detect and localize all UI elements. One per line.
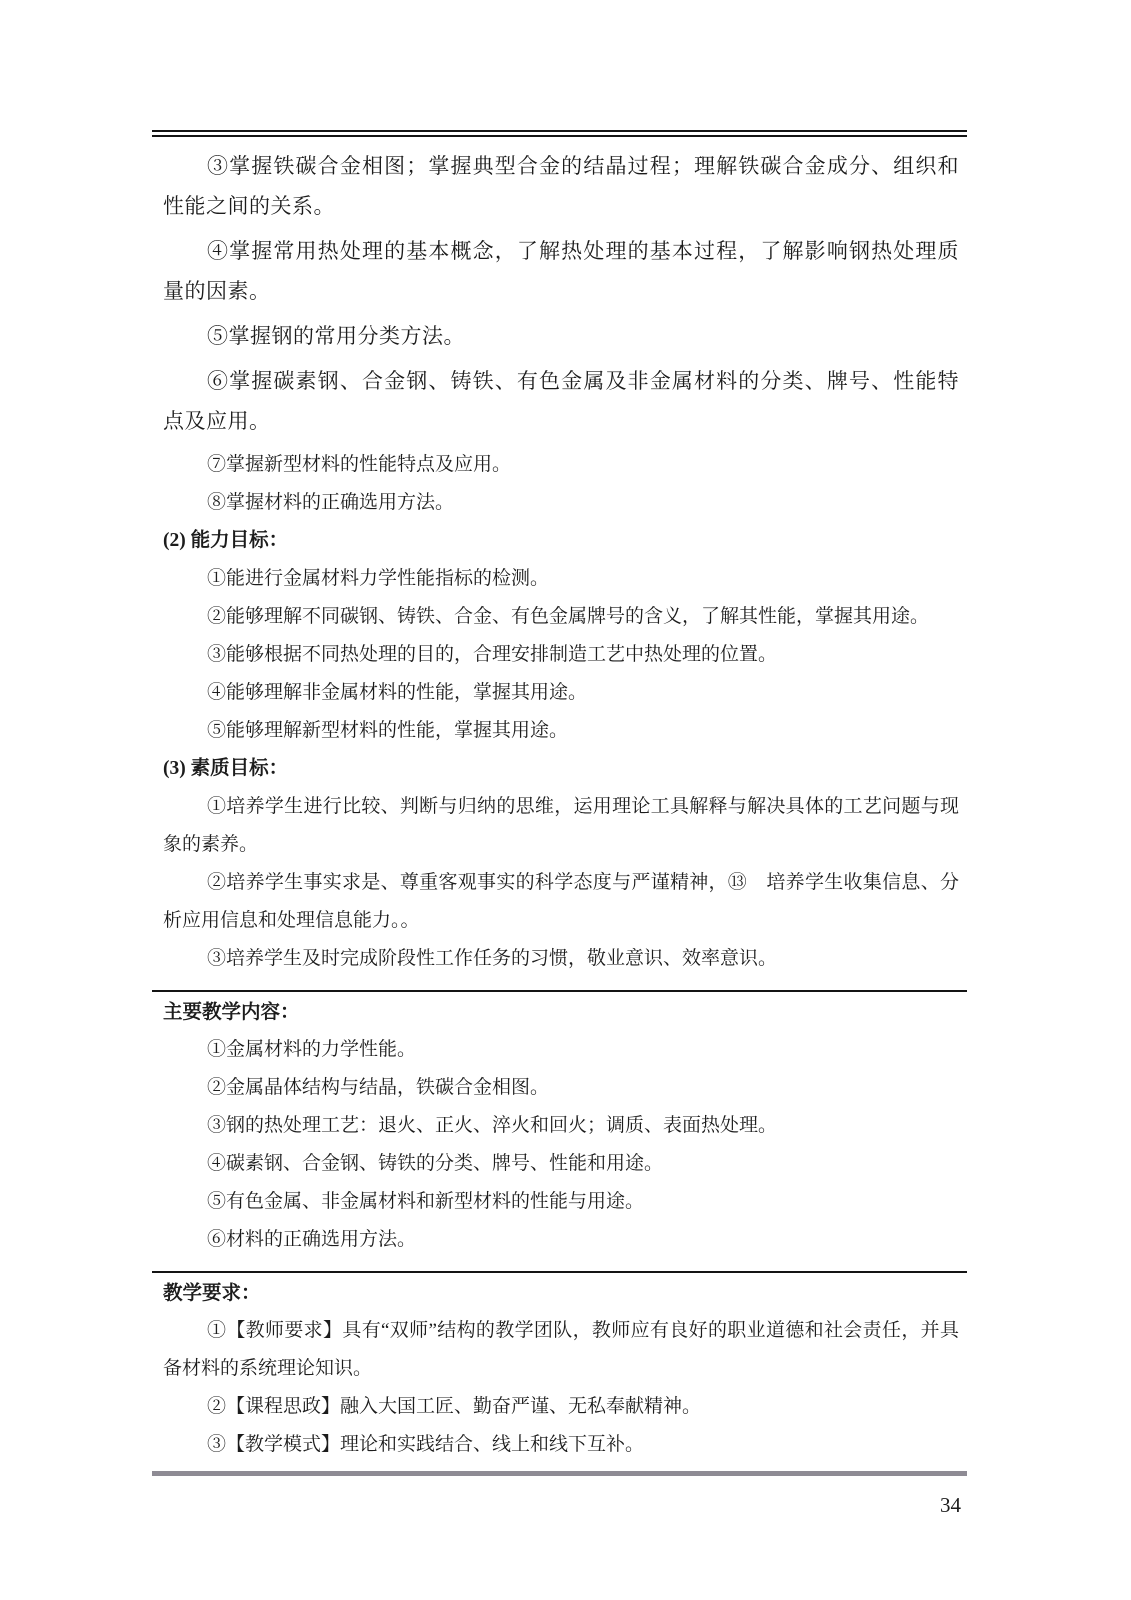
ability-objectives-heading: (2) 能力目标： — [163, 522, 959, 560]
teaching-requirement-item: ③【教学模式】理论和实践结合、线上和线下互补。 — [163, 1426, 959, 1464]
ability-objective-item: ②能够理解不同碳钢、铸铁、合金、有色金属牌号的含义，了解其性能，掌握其用途。 — [163, 598, 959, 636]
teaching-requirement-item: ①【教师要求】具有“双师”结构的教学团队，教师应有良好的职业道德和社会责任，并具… — [163, 1312, 959, 1388]
quality-objective-item: ①培养学生进行比较、判断与归纳的思维，运用理论工具解释与解决具体的工艺问题与现象… — [163, 788, 959, 864]
quality-objectives-heading: (3) 素质目标： — [163, 750, 959, 788]
top-double-rule — [152, 130, 967, 137]
knowledge-objective-item: ⑤掌握钢的常用分类方法。 — [163, 316, 959, 356]
document-body: ③掌握铁碳合金相图；掌握典型合金的结晶过程；理解铁碳合金成分、组织和性能之间的关… — [152, 130, 967, 1519]
teaching-content-item: ②金属晶体结构与结晶，铁碳合金相图。 — [163, 1069, 959, 1107]
teaching-requirements-heading: 教学要求： — [163, 1275, 959, 1312]
ability-objective-item: ①能进行金属材料力学性能指标的检测。 — [163, 560, 959, 598]
section-teaching-content: 主要教学内容： ①金属材料的力学性能。 ②金属晶体结构与结晶，铁碳合金相图。 ③… — [152, 992, 967, 1271]
knowledge-objective-item: ④掌握常用热处理的基本概念，了解热处理的基本过程，了解影响钢热处理质量的因素。 — [163, 231, 959, 311]
knowledge-objective-item: ⑧掌握材料的正确选用方法。 — [163, 484, 959, 522]
section-course-objectives: ③掌握铁碳合金相图；掌握典型合金的结晶过程；理解铁碳合金成分、组织和性能之间的关… — [152, 137, 967, 990]
teaching-content-item: ⑥材料的正确选用方法。 — [163, 1221, 959, 1259]
quality-objective-item: ②培养学生事实求是、尊重客观事实的科学态度与严谨精神，⑬ 培养学生收集信息、分析… — [163, 864, 959, 940]
teaching-content-item: ①金属材料的力学性能。 — [163, 1031, 959, 1069]
teaching-content-item: ③钢的热处理工艺：退火、正火、淬火和回火；调质、表面热处理。 — [163, 1107, 959, 1145]
knowledge-objective-item: ⑦掌握新型材料的性能特点及应用。 — [163, 446, 959, 484]
teaching-content-heading: 主要教学内容： — [163, 994, 959, 1031]
ability-objective-item: ③能够根据不同热处理的目的，合理安排制造工艺中热处理的位置。 — [163, 636, 959, 674]
quality-objective-item: ③培养学生及时完成阶段性工作任务的习惯，敬业意识、效率意识。 — [163, 940, 959, 978]
section-teaching-requirements: 教学要求： ①【教师要求】具有“双师”结构的教学团队，教师应有良好的职业道德和社… — [152, 1273, 967, 1471]
teaching-content-item: ④碳素钢、合金钢、铸铁的分类、牌号、性能和用途。 — [163, 1145, 959, 1183]
ability-objective-item: ④能够理解非金属材料的性能，掌握其用途。 — [163, 674, 959, 712]
document-page: ③掌握铁碳合金相图；掌握典型合金的结晶过程；理解铁碳合金成分、组织和性能之间的关… — [0, 0, 1131, 1600]
teaching-content-item: ⑤有色金属、非金属材料和新型材料的性能与用途。 — [163, 1183, 959, 1221]
knowledge-objective-item: ⑥掌握碳素钢、合金钢、铸铁、有色金属及非金属材料的分类、牌号、性能特点及应用。 — [163, 361, 959, 441]
teaching-requirement-item: ②【课程思政】融入大国工匠、勤奋严谨、无私奉献精神。 — [163, 1388, 959, 1426]
page-number: 34 — [152, 1476, 967, 1519]
knowledge-objective-item: ③掌握铁碳合金相图；掌握典型合金的结晶过程；理解铁碳合金成分、组织和性能之间的关… — [163, 146, 959, 226]
ability-objective-item: ⑤能够理解新型材料的性能，掌握其用途。 — [163, 712, 959, 750]
